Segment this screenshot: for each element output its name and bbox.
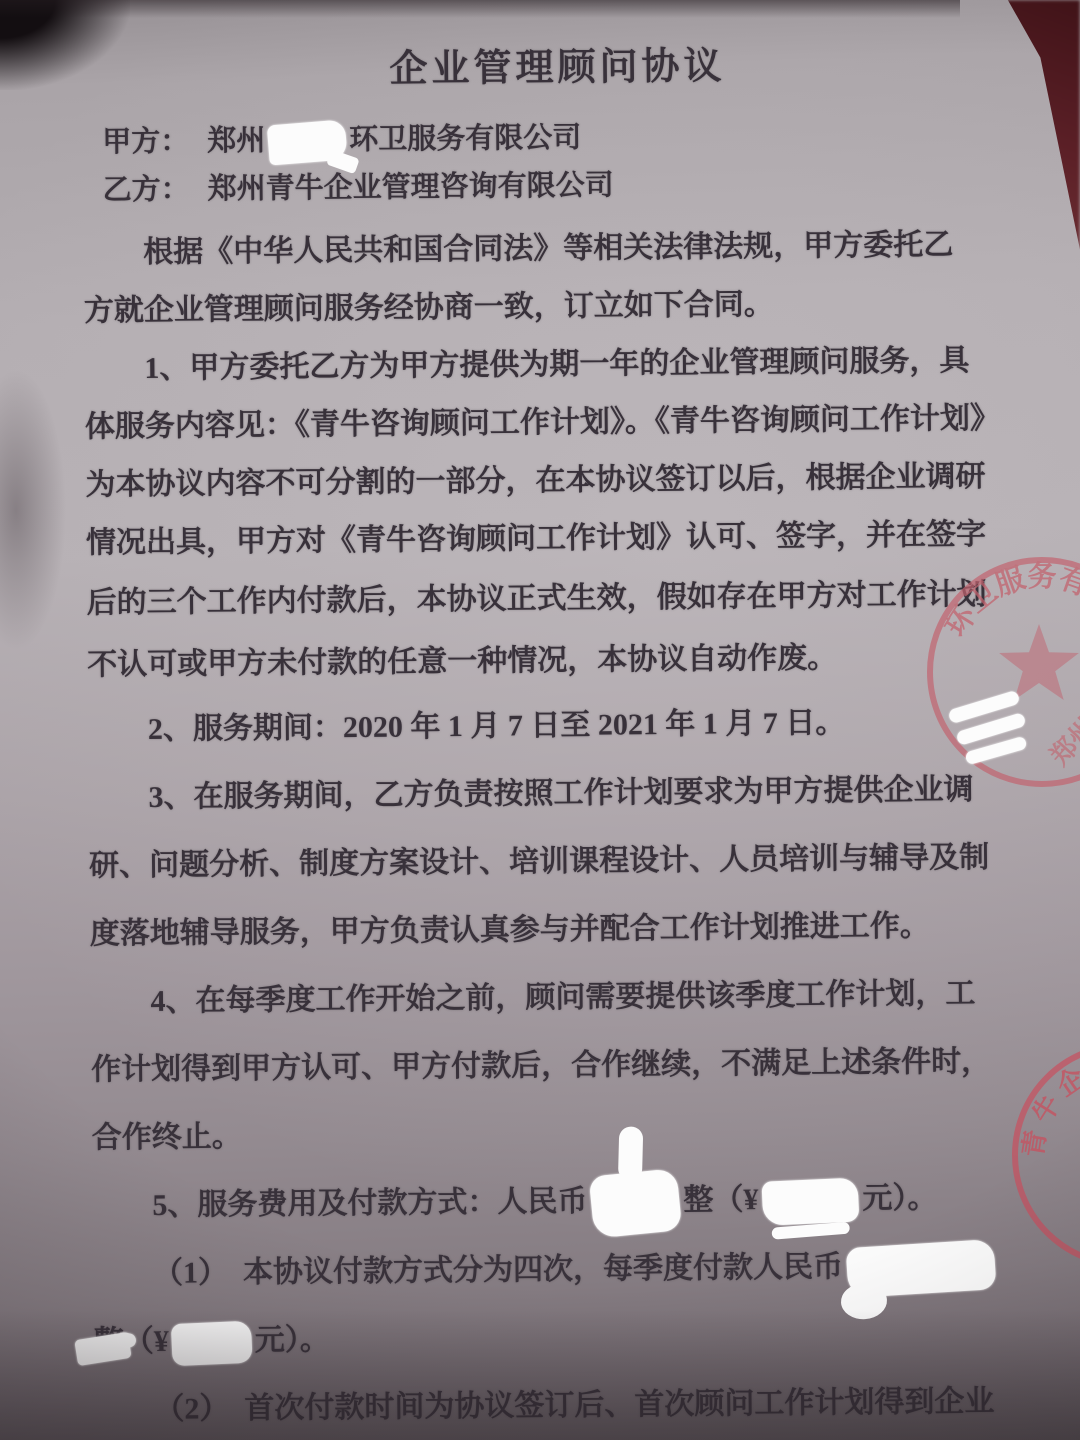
- document-line: 3、在服务期间，乙方负责按照工作计划要求为甲方提供企业调: [88, 755, 1041, 832]
- svg-text:郑州: 郑州: [1044, 712, 1080, 771]
- party-a-company-seal: 环卫服务有限公 郑州: [912, 542, 1080, 802]
- text-run: 1、甲方委托乙方为甲方提供为期一年的企业管理顾问服务，具: [144, 344, 969, 385]
- document-line: 4、在每季度工作开始之前，顾问需要提供该季度工作计划，工: [90, 959, 1043, 1036]
- text-run: 为本协议内容不可分割的一部分，在本协议签订以后，根据企业调研: [85, 460, 985, 502]
- text-run: 度落地辅导服务，甲方负责认真参与并配合工作计划推进工作。: [90, 909, 930, 950]
- document-line: 2、服务期间：2020 年 1 月 7 日至 2021 年 1 月 7 日。: [88, 687, 1041, 764]
- text-run: 4、在每季度工作开始之前，顾问需要提供该季度工作计划，工: [150, 977, 975, 1018]
- document-line: 方就企业管理顾问服务经协商一致，订立如下合同。: [84, 273, 1037, 340]
- redaction-mark: [267, 120, 348, 166]
- text-run: 整（¥: [683, 1183, 758, 1217]
- document-line: 1、甲方委托乙方为甲方提供为期一年的企业管理顾问服务，具: [84, 331, 1037, 398]
- text-run: 根据《中华人民共和国合同法》等相关法律法规，甲方委托乙: [143, 228, 953, 269]
- seal-star-icon: [999, 624, 1079, 700]
- text-run: 郑州青牛企业管理咨询有限公司: [208, 169, 614, 205]
- parties-section: 甲方：郑州环卫服务有限公司乙方：郑州青牛企业管理咨询有限公司: [82, 109, 1035, 214]
- redaction-mark: [762, 1178, 860, 1226]
- document-line: 情况出具，甲方对《青牛咨询顾问工作计划》认可、签字，并在签字: [86, 505, 1039, 572]
- text-run: 元）。: [862, 1181, 937, 1215]
- text-run: 2、服务期间：2020 年 1 月 7 日至 2021 年 1 月 7 日。: [148, 706, 846, 746]
- party-label: 乙方：: [103, 174, 190, 207]
- text-run: 合作终止。: [92, 1120, 242, 1154]
- text-run: 方就企业管理顾问服务经协商一致，订立如下合同。: [84, 288, 774, 328]
- party-b-company-seal: 青牛企业管理咨询: [1005, 1035, 1080, 1275]
- text-run: 环卫服务有限公司: [349, 122, 581, 156]
- document-line: 研、问题分析、制度方案设计、培训课程设计、人员培训与辅导及制: [89, 823, 1042, 900]
- photo-top-shadow: [0, 0, 960, 18]
- document-line: 不认可或甲方未付款的任意一种情况，本协议自动作废。: [87, 625, 1040, 696]
- svg-text:环卫服务有限公: 环卫服务有限公: [939, 560, 1080, 642]
- photo-edge-smudge: [0, 370, 66, 650]
- text-run: 郑州: [207, 125, 265, 158]
- document-line: 体服务内容见：《青牛咨询顾问工作计划》。《青牛咨询顾问工作计划》: [85, 389, 1038, 456]
- text-run: 情况出具，甲方对《青牛咨询顾问工作计划》认可、签字，并在签字: [86, 518, 986, 560]
- document-line: （1） 本协议付款方式分为四次，每季度付款人民币: [93, 1231, 1046, 1308]
- text-run: 后的三个工作内付款后，本协议正式生效，假如存在甲方对工作计划: [86, 578, 986, 620]
- text-run: 作计划得到甲方认可、甲方付款后，合作继续，不满足上述条件时，: [91, 1045, 991, 1087]
- text-run: 体服务内容见：《青牛咨询顾问工作计划》。《青牛咨询顾问工作计划》: [85, 402, 1000, 444]
- text-run: 不认可或甲方未付款的任意一种情况，本协议自动作废。: [87, 641, 837, 681]
- document-line: 为本协议内容不可分割的一部分，在本协议签订以后，根据企业调研: [85, 447, 1038, 514]
- contract-body: 根据《中华人民共和国合同法》等相关法律法规，甲方委托乙方就企业管理顾问服务经协商…: [83, 215, 1047, 1440]
- document-title: 企业管理顾问协议: [81, 37, 1033, 98]
- contract-photo: 企业管理顾问协议 甲方：郑州环卫服务有限公司乙方：郑州青牛企业管理咨询有限公司 …: [0, 0, 1080, 1440]
- text-run: 研、问题分析、制度方案设计、培训课程设计、人员培训与辅导及制: [89, 841, 989, 883]
- document-line: 根据《中华人民共和国合同法》等相关法律法规，甲方委托乙: [83, 215, 1036, 282]
- text-run: 5、服务费用及付款方式：人民币: [152, 1185, 587, 1222]
- text-run: 3、在服务期间，乙方负责按照工作计划要求为甲方提供企业调: [148, 773, 973, 814]
- photo-bottom-shadow: [0, 1310, 1080, 1440]
- party-label: 甲方：: [102, 126, 189, 159]
- contract-page: 企业管理顾问协议 甲方：郑州环卫服务有限公司乙方：郑州青牛企业管理咨询有限公司 …: [81, 37, 1046, 1440]
- document-line: 合作终止。: [91, 1095, 1044, 1172]
- redaction-mark: [846, 1239, 997, 1298]
- text-run: （1） 本协议付款方式分为四次，每季度付款人民币: [153, 1250, 843, 1290]
- document-line: 5、服务费用及付款方式：人民币整（¥元）。: [92, 1163, 1045, 1240]
- document-line: 作计划得到甲方认可、甲方付款后，合作继续，不满足上述条件时，: [91, 1027, 1044, 1104]
- redaction-mark: [589, 1168, 683, 1238]
- document-line: 度落地辅导服务，甲方负责认真参与并配合工作计划推进工作。: [90, 891, 1043, 968]
- party-b-line: 乙方：郑州青牛企业管理咨询有限公司: [102, 157, 1034, 214]
- document-line: 后的三个工作内付款后，本协议正式生效，假如存在甲方对工作计划: [86, 563, 1039, 634]
